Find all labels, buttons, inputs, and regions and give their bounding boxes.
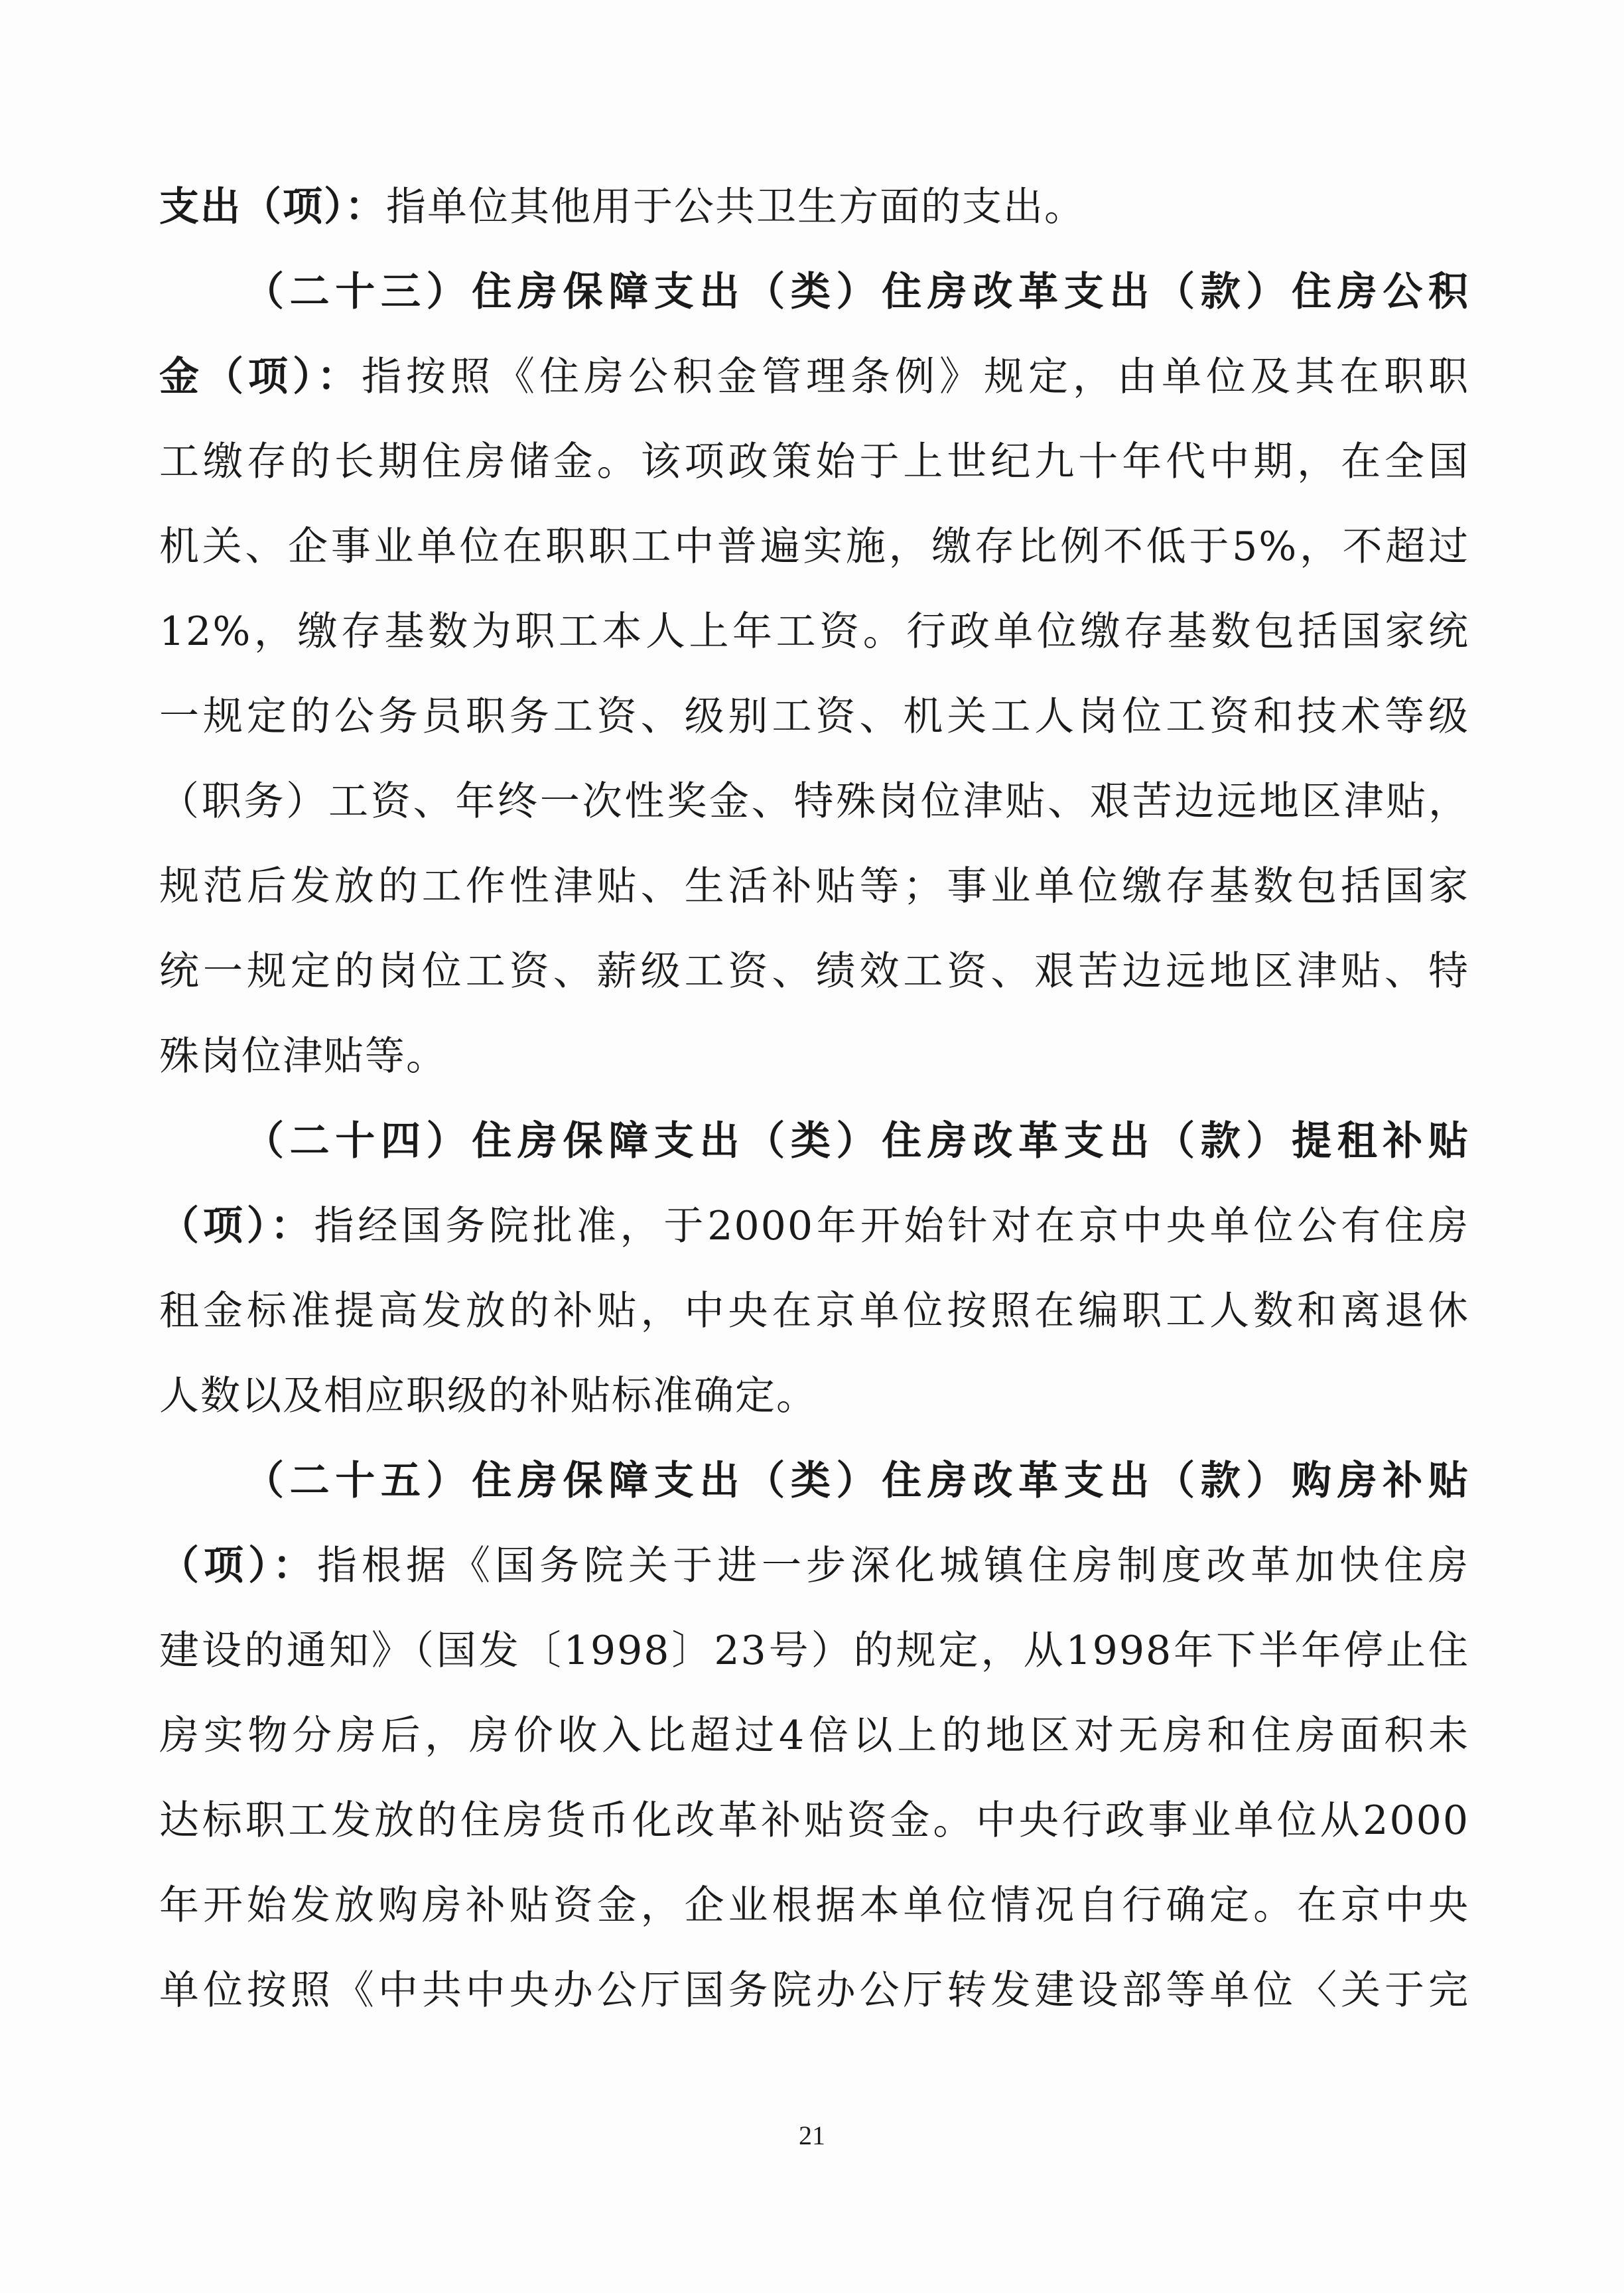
body-text: 规范后发放的工作性津贴、生活补贴等；事业单位缴存基数包括国家 — [159, 863, 1469, 910]
body-text: 人数以及相应职级的补贴标准确定。 — [159, 1373, 817, 1419]
text-line: 机关、企事业单位在职职工中普遍实施，缴存比例不低于5%，不超过 — [159, 504, 1469, 589]
section-heading: （项）： — [159, 1543, 317, 1589]
text-line: （项）：指经国务院批准，于2000年开始针对在京中央单位公有住房 — [159, 1184, 1469, 1269]
text-line: 殊岗位津贴等。 — [159, 1014, 1469, 1099]
text-line: （项）：指根据《国务院关于进一步深化城镇住房制度改革加快住房 — [159, 1523, 1469, 1608]
text-line: 单位按照《中共中央办公厅国务院办公厅转发建设部等单位〈关于完 — [159, 1948, 1469, 2033]
text-line: 金（项）：指按照《住房公积金管理条例》规定，由单位及其在职职 — [159, 334, 1469, 419]
body-text: 12%，缴存基数为职工本人上年工资。行政单位缴存基数包括国家统 — [159, 608, 1469, 655]
body-text: 指单位其他用于公共卫生方面的支出。 — [386, 184, 1085, 230]
body-text: 机关、企事业单位在职职工中普遍实施，缴存比例不低于5%，不超过 — [159, 523, 1469, 570]
text-line: 支出（项）：指单位其他用于公共卫生方面的支出。 — [159, 165, 1469, 249]
section-heading: （二十三）住房保障支出（类）住房改革支出（款）住房公积 — [244, 269, 1469, 315]
body-text: 单位按照《中共中央办公厅国务院办公厅转发建设部等单位〈关于完 — [159, 1967, 1469, 2014]
body-text: 指根据《国务院关于进一步深化城镇住房制度改革加快住房 — [317, 1543, 1469, 1589]
body-text: 指按照《住房公积金管理条例》规定，由单位及其在职职 — [362, 354, 1469, 400]
body-text: （职务）工资、年终一次性奖金、特殊岗位津贴、艰苦边远地区津贴， — [159, 778, 1469, 825]
section-heading: （项）： — [159, 1203, 314, 1249]
text-line: 人数以及相应职级的补贴标准确定。 — [159, 1354, 1469, 1438]
text-line: 规范后发放的工作性津贴、生活补贴等；事业单位缴存基数包括国家 — [159, 844, 1469, 929]
body-text: 指经国务院批准，于2000年开始针对在京中央单位公有住房 — [314, 1203, 1469, 1249]
text-line: 建设的通知》（国发〔1998〕23号）的规定，从1998年下半年停止住 — [159, 1608, 1469, 1693]
body-text: 殊岗位津贴等。 — [159, 1033, 447, 1079]
text-line: 一规定的公务员职务工资、级别工资、机关工人岗位工资和技术等级 — [159, 674, 1469, 759]
text-line: （二十四）住房保障支出（类）住房改革支出（款）提租补贴 — [159, 1099, 1469, 1184]
body-text: 年开始发放购房补贴资金，企业根据本单位情况自行确定。在京中央 — [159, 1882, 1469, 1929]
section-heading: （二十四）住房保障支出（类）住房改革支出（款）提租补贴 — [244, 1118, 1469, 1164]
body-text: 工缴存的长期住房储金。该项政策始于上世纪九十年代中期，在全国 — [159, 439, 1469, 485]
body-text: 达标职工发放的住房货币化改革补贴资金。中央行政事业单位从2000 — [159, 1797, 1469, 1844]
section-heading: （二十五）住房保障支出（类）住房改革支出（款）购房补贴 — [244, 1458, 1469, 1504]
body-text: 建设的通知》（国发〔1998〕23号）的规定，从1998年下半年停止住 — [159, 1628, 1469, 1674]
text-line: 租金标准提高发放的补贴，中央在京单位按照在编职工人数和离退休 — [159, 1269, 1469, 1354]
text-line: （二十三）住房保障支出（类）住房改革支出（款）住房公积 — [159, 249, 1469, 334]
document-page: 支出（项）：指单位其他用于公共卫生方面的支出。（二十三）住房保障支出（类）住房改… — [159, 165, 1469, 2033]
text-line: （职务）工资、年终一次性奖金、特殊岗位津贴、艰苦边远地区津贴， — [159, 759, 1469, 844]
text-line: （二十五）住房保障支出（类）住房改革支出（款）购房补贴 — [159, 1438, 1469, 1523]
body-text: 统一规定的岗位工资、薪级工资、绩效工资、艰苦边远地区津贴、特 — [159, 948, 1469, 995]
body-text: 房实物分房后，房价收入比超过4倍以上的地区对无房和住房面积未 — [159, 1712, 1469, 1759]
section-heading: 金（项）： — [159, 354, 362, 400]
text-line: 房实物分房后，房价收入比超过4倍以上的地区对无房和住房面积未 — [159, 1693, 1469, 1778]
body-text: 一规定的公务员职务工资、级别工资、机关工人岗位工资和技术等级 — [159, 693, 1469, 740]
section-heading: 支出（项）： — [159, 184, 386, 230]
text-line: 达标职工发放的住房货币化改革补贴资金。中央行政事业单位从2000 — [159, 1778, 1469, 1863]
page-number: 21 — [0, 2120, 1624, 2151]
text-line: 工缴存的长期住房储金。该项政策始于上世纪九十年代中期，在全国 — [159, 419, 1469, 504]
text-line: 年开始发放购房补贴资金，企业根据本单位情况自行确定。在京中央 — [159, 1863, 1469, 1948]
text-line: 统一规定的岗位工资、薪级工资、绩效工资、艰苦边远地区津贴、特 — [159, 929, 1469, 1014]
text-line: 12%，缴存基数为职工本人上年工资。行政单位缴存基数包括国家统 — [159, 589, 1469, 674]
body-text: 租金标准提高发放的补贴，中央在京单位按照在编职工人数和离退休 — [159, 1288, 1469, 1334]
